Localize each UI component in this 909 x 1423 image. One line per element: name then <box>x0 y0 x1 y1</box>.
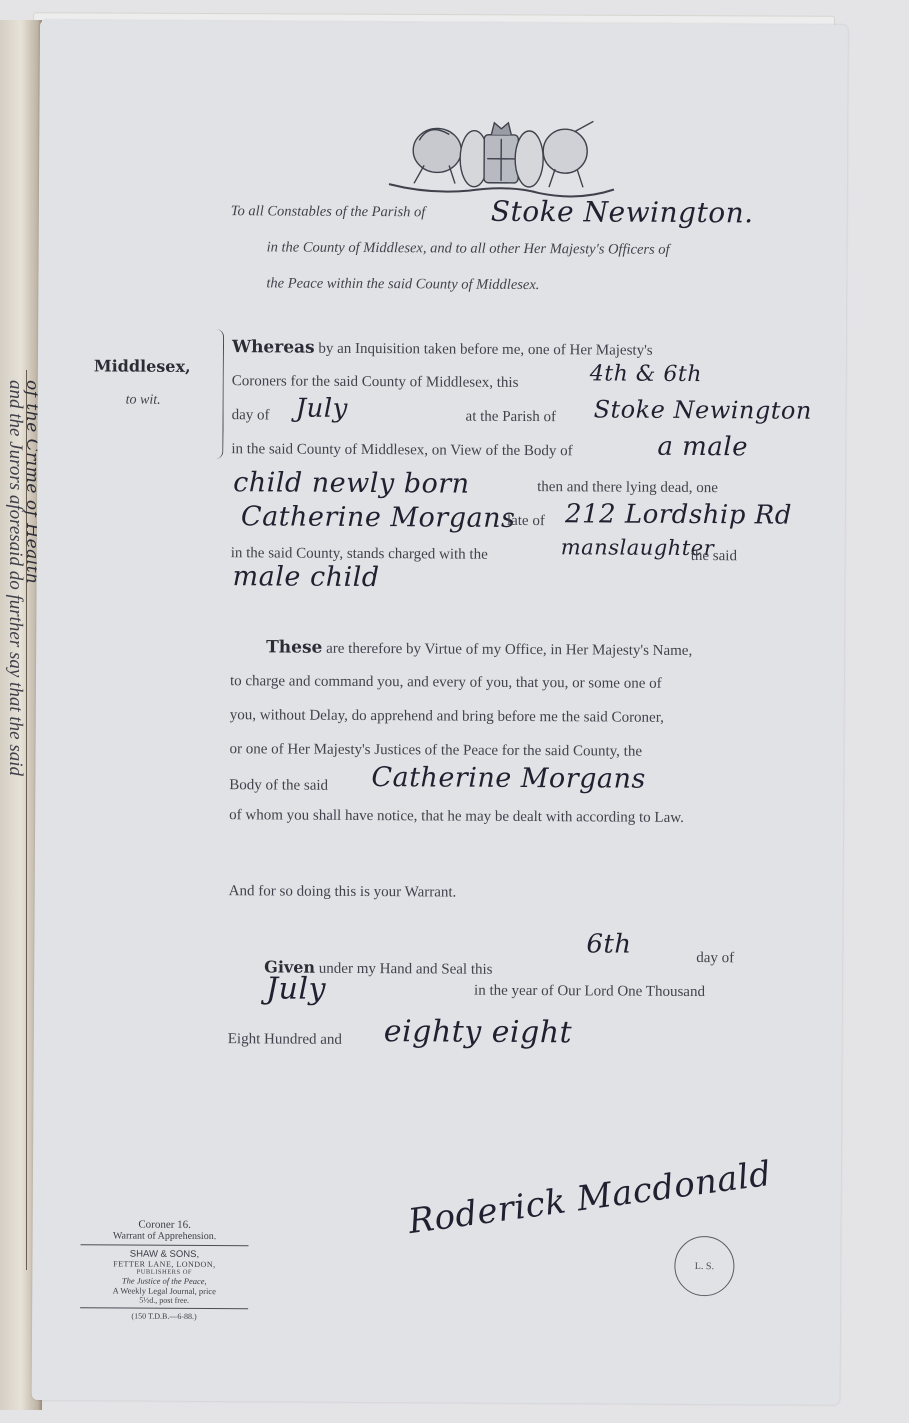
whereas-lead: Whereas <box>232 337 315 358</box>
handwritten-accused: Catherine Morgans <box>241 501 516 534</box>
handwritten-days: 4th & 6th <box>590 361 702 387</box>
warrant-document: To all Constables of the Parish of Stoke… <box>32 20 848 1405</box>
handwritten-parish-2: Stoke Newington <box>594 395 812 424</box>
whereas-line-7-suffix: the said <box>691 548 737 565</box>
publisher-rule-top <box>81 1244 249 1246</box>
royal-coat-of-arms-icon <box>379 110 620 201</box>
given-line-3: Eight Hundred and <box>228 1031 342 1049</box>
late-of-label: late of <box>507 513 545 530</box>
handwritten-body-1: a male <box>657 432 748 463</box>
whereas-line-3-mid: at the Parish of <box>466 409 557 427</box>
seal-label: L. S. <box>695 1261 714 1272</box>
handwritten-given-day: 6th <box>586 929 631 959</box>
handwritten-body-2: child newly born <box>233 467 470 499</box>
handwritten-year: eighty eight <box>384 1014 573 1050</box>
handwritten-address: 212 Lordship Rd <box>565 499 792 530</box>
county-heading: Middlesex, <box>94 356 191 376</box>
these-line-1: These are therefore by Virtue of my Offi… <box>266 637 692 660</box>
handwritten-given-month: July <box>266 971 326 1006</box>
handwritten-month: July <box>296 394 348 424</box>
bracket-divider <box>212 329 224 459</box>
form-number: Coroner 16. <box>81 1218 249 1231</box>
form-title: Warrant of Apprehension. <box>81 1230 249 1242</box>
day-of-label: day of <box>696 950 734 967</box>
seal-circle: L. S. <box>674 1236 734 1296</box>
whereas-line-3-prefix: day of <box>232 407 270 424</box>
given-line-2: in the year of Our Lord One Thousand <box>474 983 705 1001</box>
handwritten-victim: male child <box>233 561 380 593</box>
publisher-block: Coroner 16. Warrant of Apprehension. SHA… <box>80 1218 249 1321</box>
whereas-line-2: Coroners for the said County of Middlese… <box>232 373 519 392</box>
address-line-3: the Peace within the said County of Midd… <box>266 275 539 294</box>
these-line-3: you, without Delay, do apprehend and bri… <box>230 707 664 727</box>
these-line-5-prefix: Body of the said <box>229 777 328 795</box>
these-line-2: to charge and command you, and every of … <box>230 673 662 693</box>
journal-price: 5½d., post free. <box>80 1295 248 1305</box>
to-wit-label: to wit. <box>126 393 161 409</box>
warrant-line: And for so doing this is your Warrant. <box>229 883 457 901</box>
these-lead: These <box>266 637 322 657</box>
handwritten-accused-2: Catherine Morgans <box>371 762 646 795</box>
whereas-line-1: Whereas by an Inquisition taken before m… <box>232 337 653 360</box>
these-line-6: of whom you shall have notice, that he m… <box>229 807 684 827</box>
publisher-rule-bottom <box>80 1307 248 1309</box>
handwritten-parish: Stoke Newington. <box>491 195 754 230</box>
whereas-line-4: in the said County of Middlesex, on View… <box>231 441 572 460</box>
address-line-2: in the County of Middlesex, and to all o… <box>267 239 670 258</box>
whereas-line-5: then and there lying dead, one <box>537 479 718 497</box>
print-code: (150 T.D.B.—6-88.) <box>80 1311 248 1321</box>
coroner-signature: Roderick Macdonald <box>406 1154 774 1242</box>
these-line-4: or one of Her Majesty's Justices of the … <box>229 741 642 761</box>
address-line-1: To all Constables of the Parish of <box>231 203 426 221</box>
